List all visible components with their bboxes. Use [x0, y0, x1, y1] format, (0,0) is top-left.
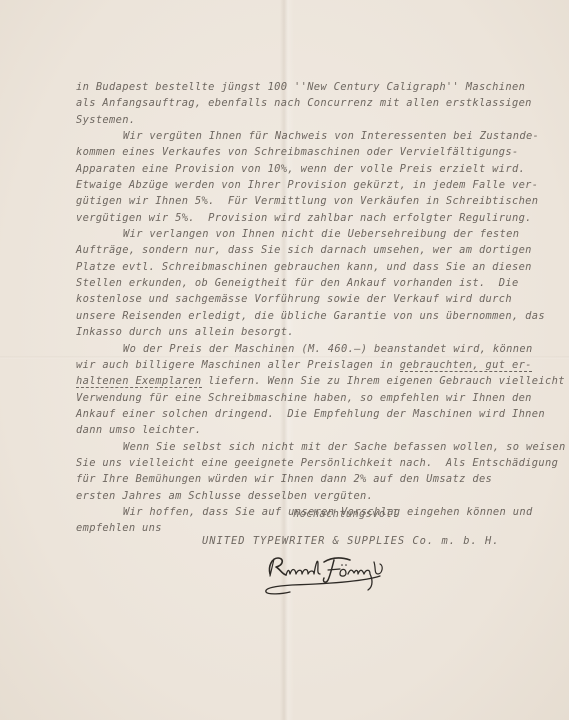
- company-name: UNITED TYPEWRITER & SUPPLIES Co. m. b. H…: [202, 535, 499, 547]
- text-line: Wo der Preis der Maschinen (M. 460.—) be…: [76, 341, 476, 357]
- text-line: dann umso leichter.: [76, 422, 476, 438]
- text-line: Aufträge, sondern nur, dass Sie sich dar…: [76, 242, 476, 258]
- text-line: Platze evtl. Schreibmaschinen gebrauchen…: [76, 259, 476, 275]
- text-line: Systemen.: [76, 112, 476, 128]
- text-line: Ankauf einer solchen dringend. Die Empfe…: [76, 406, 476, 422]
- text-line: vergütigen wir 5%. Provision wird zahlba…: [76, 210, 476, 226]
- text-line: Inkasso durch uns allein besorgt.: [76, 324, 476, 340]
- handwritten-signature: [262, 552, 402, 596]
- text-line: wir auch billigere Maschinen aller Preis…: [76, 357, 476, 373]
- text-line: für Ihre Bemühungen würden wir Ihnen dan…: [76, 471, 476, 487]
- underlined-text: gebrauchten, gut er-: [400, 359, 532, 372]
- letter-body: in Budapest bestellte jüngst 100 ''New C…: [76, 79, 476, 537]
- text-line: Wir hoffen, dass Sie auf unseren Vorschl…: [76, 504, 476, 520]
- text-line: kostenlose und sachgemässe Vorführung so…: [76, 291, 476, 307]
- text-line: Verwendung für eine Schreibmaschine habe…: [76, 390, 476, 406]
- text-line: haltenen Exemplaren liefern. Wenn Sie zu…: [76, 373, 476, 389]
- text-line: Sie uns vielleicht eine geeignete Persön…: [76, 455, 476, 471]
- text-line: Wir verlangen von Ihnen nicht die Uebers…: [76, 226, 476, 242]
- text-fragment: wir auch billigere Maschinen aller Preis…: [76, 359, 400, 371]
- text-line: Etwaige Abzüge werden von Ihrer Provisio…: [76, 177, 476, 193]
- text-line: Stellen erkunden, ob Geneigtheit für den…: [76, 275, 476, 291]
- text-line: Apparaten eine Provision von 10%, wenn d…: [76, 161, 476, 177]
- closing-salutation: hochachtungsvoll: [293, 508, 399, 520]
- text-line: Wenn Sie selbst sich nicht mit der Sache…: [76, 439, 476, 455]
- underlined-text: haltenen Exemplaren: [76, 375, 202, 388]
- text-line: ersten Jahres am Schlusse desselben verg…: [76, 488, 476, 504]
- text-line: unsere Reisenden erledigt, die übliche G…: [76, 308, 476, 324]
- text-line: Wir vergüten Ihnen für Nachweis von Inte…: [76, 128, 476, 144]
- text-fragment: liefern. Wenn Sie zu Ihrem eigenen Gebra…: [202, 375, 565, 387]
- text-line: in Budapest bestellte jüngst 100 ''New C…: [76, 79, 476, 95]
- text-line: kommen eines Verkaufes von Schreibmaschi…: [76, 144, 476, 160]
- text-line: gütigen wir Ihnen 5%. Für Vermittlung vo…: [76, 193, 476, 209]
- text-line: als Anfangsauftrag, ebenfalls nach Concu…: [76, 95, 476, 111]
